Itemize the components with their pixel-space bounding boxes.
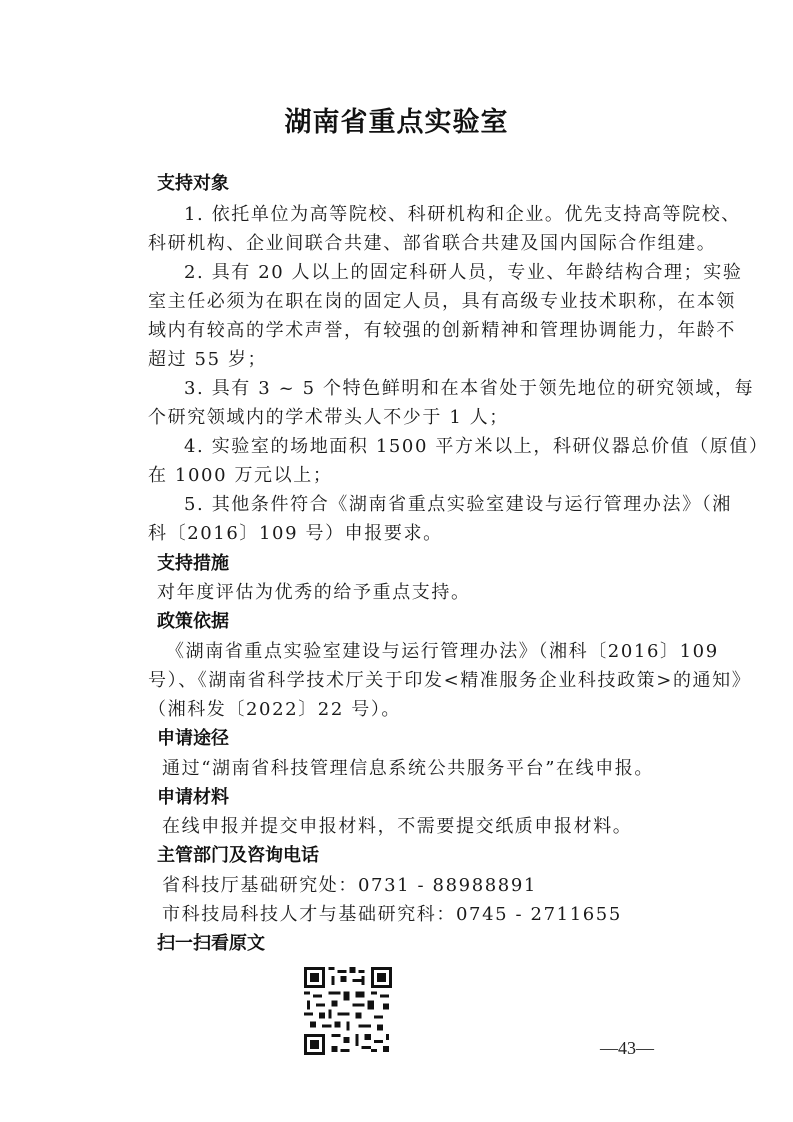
page-number: —43—: [600, 1038, 654, 1059]
body-line: （湘科发〔2022〕22 号）。: [148, 698, 678, 722]
section-heading-contact: 主管部门及咨询电话: [157, 844, 319, 868]
body-line: 4. 实验室的场地面积 1500 平方米以上，科研仪器总价值（原值）: [184, 435, 714, 459]
section-heading-scan: 扫一扫看原文: [157, 932, 265, 956]
body-line: 在 1000 万元以上；: [148, 464, 678, 488]
section-heading-support-targets: 支持对象: [157, 172, 229, 196]
body-line: 超过 55 岁；: [148, 348, 678, 372]
section-heading-application-channel: 申请途径: [157, 727, 229, 751]
contact-line-provincial: 省科技厅基础研究处：0731 - 88988891: [162, 874, 692, 898]
body-line: 个研究领域内的学术带头人不少于 1 人；: [148, 406, 678, 430]
body-line: 2. 具有 20 人以上的固定科研人员，专业、年龄结构合理；实验: [184, 261, 714, 285]
section-heading-policy-basis: 政策依据: [157, 610, 229, 634]
body-line: 5. 其他条件符合《湖南省重点实验室建设与运行管理办法》（湘: [184, 493, 714, 517]
qr-code-icon[interactable]: [304, 967, 392, 1055]
body-line: 科研机构、企业间联合共建、部省联合共建及国内国际合作组建。: [148, 232, 678, 256]
body-line: 通过“湖南省科技管理信息系统公共服务平台”在线申报。: [162, 757, 692, 781]
body-line: 号）、《湖南省科学技术厅关于印发<精准服务企业科技政策>的通知》: [148, 669, 678, 693]
contact-line-municipal: 市科技局科技人才与基础研究科：0745 - 2711655: [162, 903, 692, 927]
body-line: 对年度评估为优秀的给予重点支持。: [157, 581, 687, 605]
section-heading-application-materials: 申请材料: [157, 786, 229, 810]
body-line: 在线申报并提交申报材料，不需要提交纸质申报材料。: [162, 815, 692, 839]
body-line: 室主任必须为在职在岗的固定人员，具有高级专业技术职称，在本领: [148, 290, 678, 314]
document-page: 湖南省重点实验室 支持对象 1. 依托单位为高等院校、科研机构和企业。优先支持高…: [0, 0, 793, 1122]
body-line: 3. 具有 3 ~ 5 个特色鲜明和在本省处于领先地位的研究领域，每: [184, 377, 714, 401]
body-line: 科〔2016〕109 号）申报要求。: [148, 522, 678, 546]
body-line: 域内有较高的学术声誉，有较强的创新精神和管理协调能力，年龄不: [148, 319, 678, 343]
body-line: 1. 依托单位为高等院校、科研机构和企业。优先支持高等院校、: [184, 203, 714, 227]
page-title: 湖南省重点实验室: [0, 100, 793, 139]
section-heading-support-measures: 支持措施: [157, 552, 229, 576]
body-line: 《湖南省重点实验室建设与运行管理办法》（湘科〔2016〕109: [166, 640, 696, 664]
